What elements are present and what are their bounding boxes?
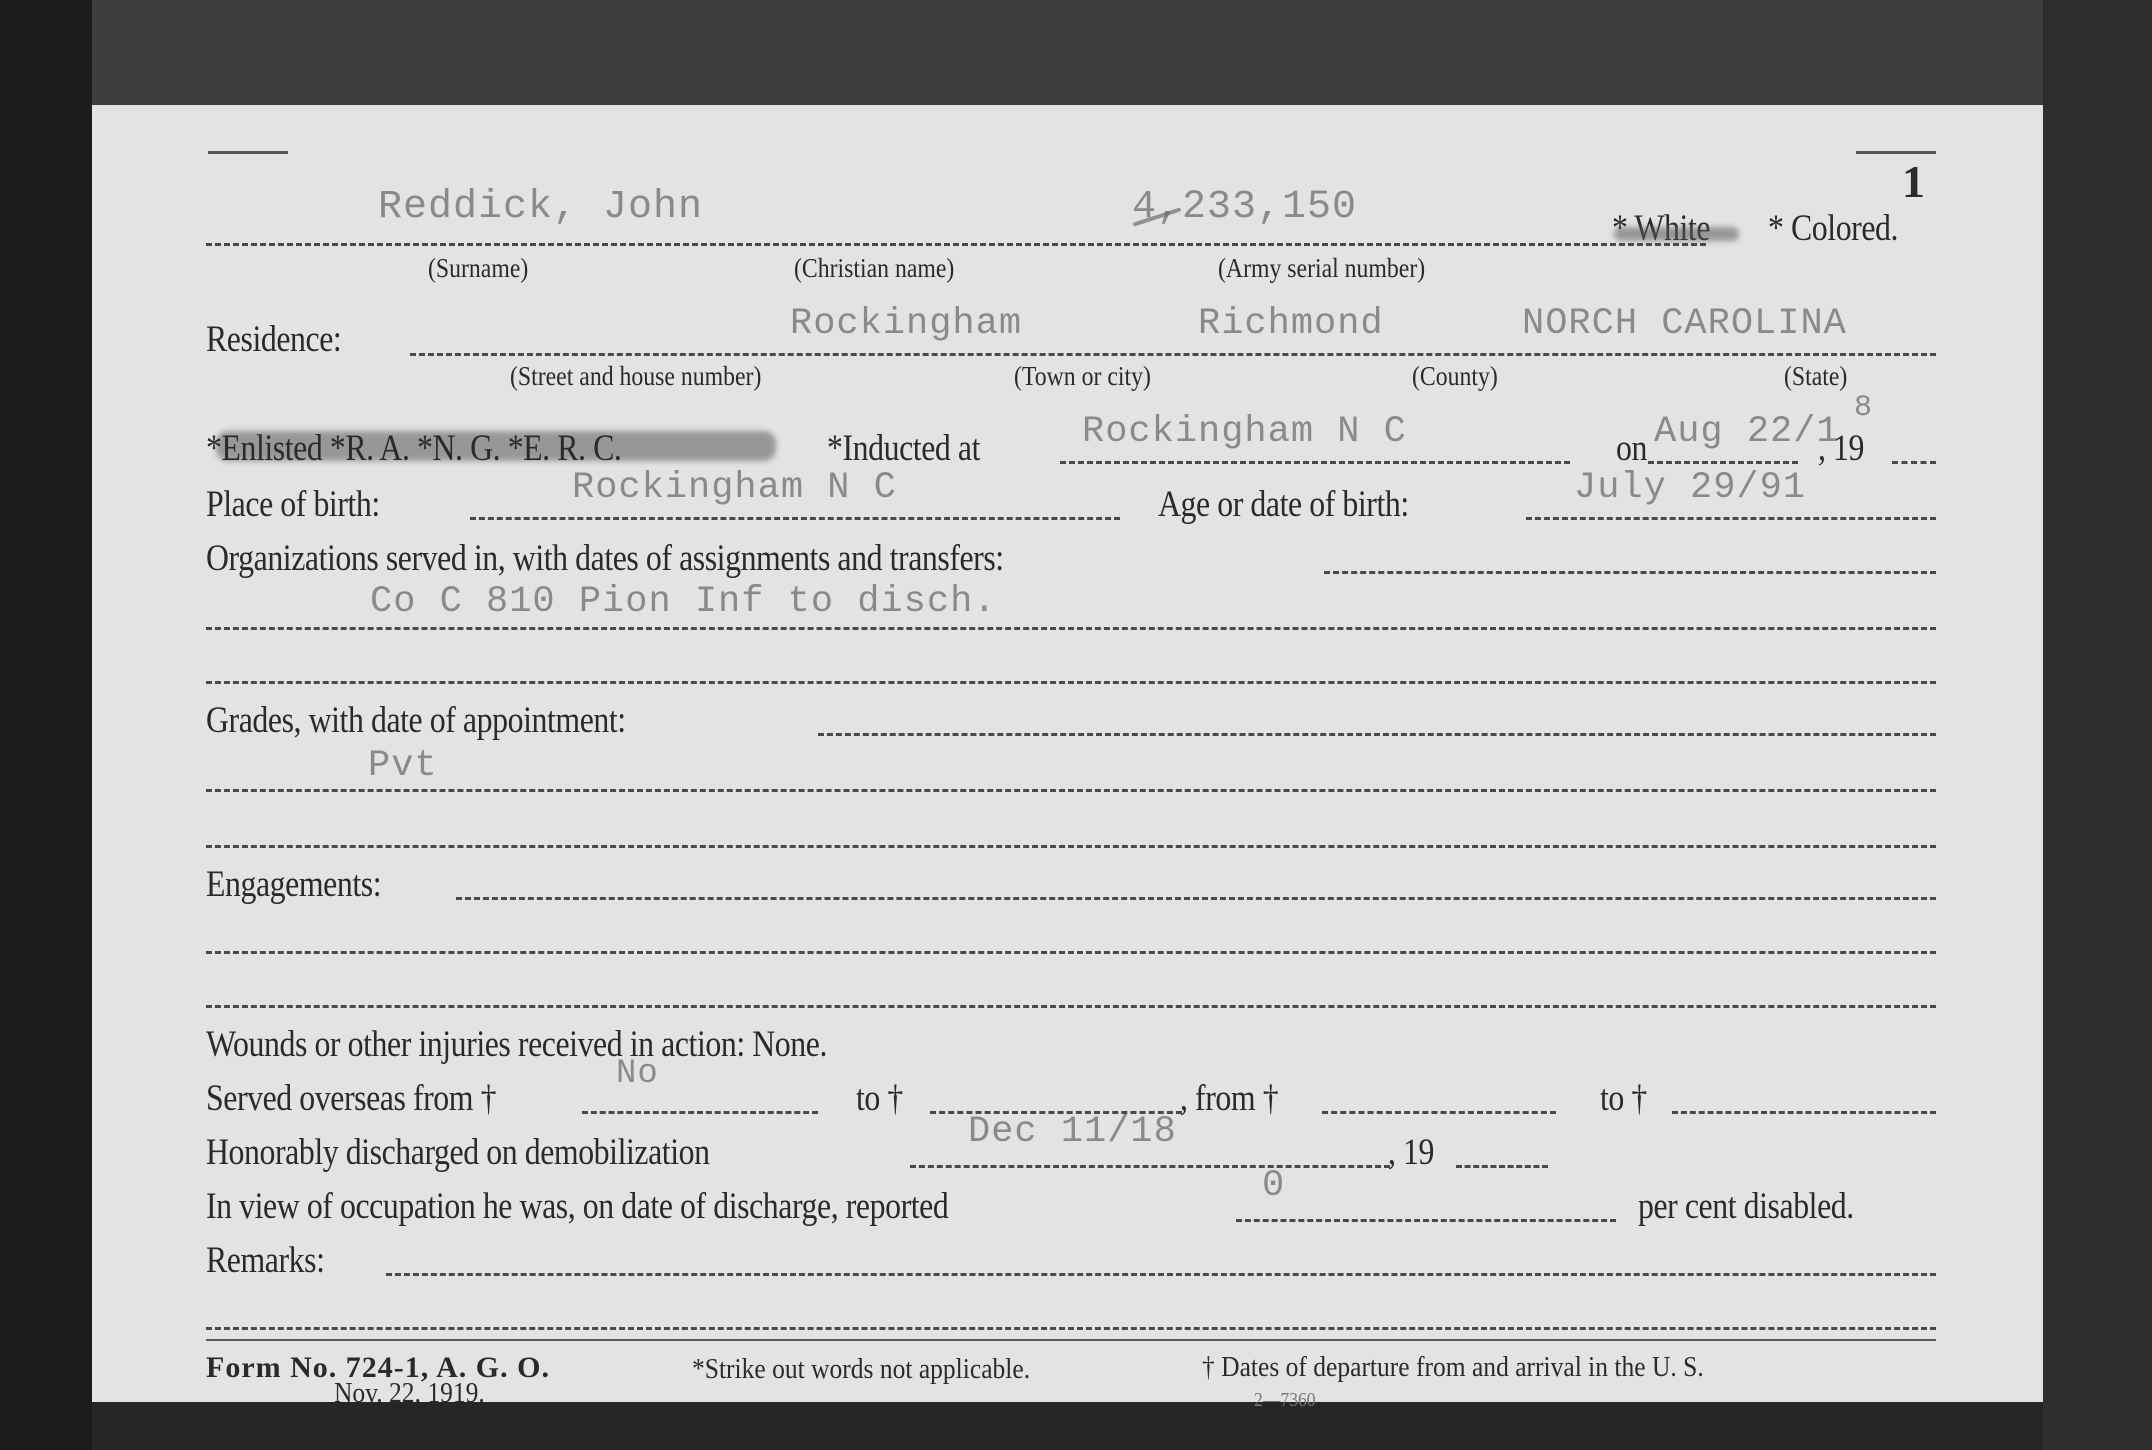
grades-value: Pvt [368,745,438,787]
induction-date-value: Aug 22/1 [1654,411,1840,453]
on-label: on [1616,427,1647,470]
footer-rule [206,1339,1936,1341]
engagements-line-3 [206,1005,1936,1008]
dates-note: † Dates of departure from and arrival in… [1202,1351,1704,1384]
organizations-line-2 [206,627,1936,630]
date-of-birth-line [1526,517,1936,520]
grades-label: Grades, with date of appointment: [206,699,626,742]
street-label: (Street and house number) [510,361,761,392]
print-code: 2—7360 [1254,1389,1316,1412]
grades-line-2 [206,789,1936,792]
residence-line [410,353,1936,356]
served-overseas-value: No [616,1055,659,1093]
date-of-birth-label: Age or date of birth: [1158,483,1409,526]
scanner-right-edge [2043,0,2152,1450]
organizations-line-3 [206,681,1936,684]
discharge-date-value: Dec 11/18 [968,1111,1177,1153]
residence-state-value: NORCH CAROLINA [1522,303,1847,345]
overseas-to2-label: to † [1600,1077,1647,1120]
inducted-line [1060,461,1570,464]
discharge-line [910,1165,1390,1168]
serial-number-label: (Army serial number) [1218,253,1425,284]
engagements-line-2 [206,951,1936,954]
enlisted-options: *Enlisted *R. A. *N. G. *E. R. C. [206,427,621,470]
service-record-card: 1 Reddick, John 4,233,150 * White * Colo… [92,105,2043,1402]
name-line [206,243,1706,246]
organizations-value: Co C 810 Pion Inf to disch. [370,581,997,623]
page-number: 1 [1902,155,1925,208]
grades-line-3 [206,845,1936,848]
name-value: Reddick, John [378,185,703,230]
served-overseas-label: Served overseas from † [206,1077,496,1120]
place-of-birth-value: Rockingham N C [572,467,897,509]
discharge-year-line [1456,1165,1548,1168]
disability-value: 0 [1262,1165,1285,1207]
disability-line [1236,1219,1616,1222]
residence-county-value: Richmond [1198,303,1384,345]
white-strike-mark [1614,227,1739,241]
grades-line-1 [818,733,1936,736]
engagements-line-1 [456,897,1936,900]
surname-label: (Surname) [428,253,528,284]
overseas-from-line [582,1111,818,1114]
discharge-year-label: , 19 [1388,1131,1434,1174]
top-right-mark [1856,151,1936,154]
induction-year-label: , 19 [1818,427,1864,470]
wounds-label: Wounds or other injuries received in act… [206,1023,827,1066]
remarks-line-1 [386,1273,1936,1276]
inducted-label: *Inducted at [827,427,980,470]
induction-date-superscript: 8 [1854,391,1873,425]
overseas-from2-line [1322,1111,1556,1114]
remarks-label: Remarks: [206,1239,325,1282]
induction-date-line [1648,461,1798,464]
overseas-from2-label: , from † [1180,1077,1278,1120]
place-of-birth-line [470,517,1120,520]
scanner-left-edge [0,0,92,1450]
residence-town-value: Rockingham [790,303,1022,345]
disability-label: In view of occupation he was, on date of… [206,1185,948,1228]
inducted-place-value: Rockingham N C [1082,411,1407,453]
town-label: (Town or city) [1014,361,1151,392]
county-label: (County) [1412,361,1498,392]
race-colored-option: * Colored. [1768,207,1898,250]
organizations-line-1 [1324,571,1936,574]
induction-year-line [1892,461,1936,464]
residence-label: Residence: [206,318,341,361]
date-of-birth-value: July 29/91 [1574,467,1806,509]
state-label: (State) [1784,361,1847,392]
overseas-to2-line [1672,1111,1936,1114]
place-of-birth-label: Place of birth: [206,483,380,526]
discharge-label: Honorably discharged on demobilization [206,1131,710,1174]
scanner-top-background [92,0,2043,105]
engagements-label: Engagements: [206,863,381,906]
disability-suffix: per cent disabled. [1638,1185,1854,1228]
christian-name-label: (Christian name) [794,253,954,284]
overseas-to-label: to † [856,1077,903,1120]
form-date: Nov. 22, 1919. [334,1377,485,1410]
serial-number-value: 4,233,150 [1132,185,1357,230]
top-left-mark [208,151,288,154]
strike-note: *Strike out words not applicable. [692,1353,1030,1386]
remarks-line-2 [206,1327,1936,1330]
organizations-label: Organizations served in, with dates of a… [206,537,1004,580]
